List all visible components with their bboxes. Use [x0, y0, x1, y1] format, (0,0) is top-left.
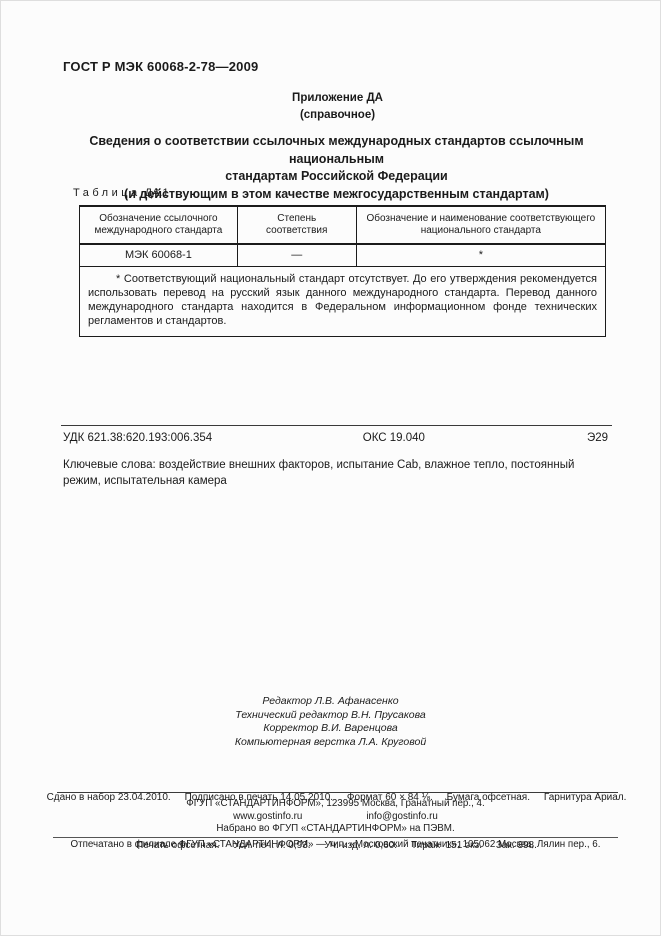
publisher-block: ФГУП «СТАНДАРТИНФОРМ», 123995 Москва, Гр…: [35, 798, 636, 851]
classification-codes: УДК 621.38:620.193:006.354 ОКС 19.040 Э2…: [63, 432, 608, 444]
table-row: МЭК 60068-1 — *: [80, 244, 606, 266]
publisher-typeset-note: Набрано во ФГУП «СТАНДАРТИНФОРМ» на ПЭВМ…: [35, 823, 636, 836]
correspondence-table: Обозначение ссылочного международного ст…: [79, 205, 606, 337]
table-caption-number: ДА.1: [145, 187, 169, 199]
table-header-international-standard: Обозначение ссылочного международного ст…: [80, 206, 238, 244]
udk-code: УДК 621.38:620.193:006.354: [63, 432, 363, 444]
cell-degree: —: [237, 244, 356, 266]
publisher-email: info@gostinfo.ru: [366, 811, 438, 824]
keywords-paragraph: Ключевые слова: воздействие внешних факт…: [63, 458, 608, 489]
horizontal-rule: [61, 425, 612, 426]
appendix-heading: Приложение ДА (справочное): [61, 90, 614, 124]
publisher-website: www.gostinfo.ru: [233, 811, 302, 824]
editorial-credits: Редактор Л.В. Афанасенко Технический ред…: [1, 695, 660, 749]
section-title-line: стандартам Российской Федерации: [53, 168, 620, 186]
publisher-contacts: www.gostinfo.ruinfo@gostinfo.ru: [35, 811, 636, 824]
appendix-title: Приложение ДА: [61, 90, 614, 107]
credit-proofreader: Корректор В.И. Варенцова: [1, 722, 660, 736]
table-footnote-text: * Соответствующий национальный стандарт …: [88, 272, 597, 328]
cell-national-standard: *: [356, 244, 605, 266]
table-header-row: Обозначение ссылочного международного ст…: [80, 206, 606, 244]
table-footnote-cell: * Соответствующий национальный стандарт …: [80, 266, 606, 336]
publisher-printed-note: Отпечатано в филиале ФГУП «СТАНДАРТИНФОР…: [35, 839, 636, 852]
credit-editor: Редактор Л.В. Афанасенко: [1, 695, 660, 709]
oks-code: ОКС 19.040: [363, 432, 587, 444]
credit-technical-editor: Технический редактор В.Н. Прусакова: [1, 709, 660, 723]
appendix-subtitle: (справочное): [61, 107, 614, 124]
publisher-address: ФГУП «СТАНДАРТИНФОРМ», 123995 Москва, Гр…: [35, 798, 636, 811]
table-header-national-standard: Обозначение и наименование соответствующ…: [356, 206, 605, 244]
horizontal-rule: [53, 837, 618, 838]
horizontal-rule: [57, 792, 618, 793]
section-title-line: Сведения о соответствии ссылочных междун…: [53, 133, 620, 168]
credit-layout: Компьютерная верстка Л.А. Круговой: [1, 736, 660, 750]
table-caption: ТаблицаДА.1: [73, 187, 169, 199]
document-page: ГОСТ Р МЭК 60068-2-78—2009 Приложение ДА…: [0, 0, 661, 936]
table-caption-word: Таблица: [73, 187, 141, 199]
standard-designation: ГОСТ Р МЭК 60068-2-78—2009: [63, 59, 258, 74]
cell-international-standard: МЭК 60068-1: [80, 244, 238, 266]
subject-group-code: Э29: [587, 432, 608, 444]
table-footnote-row: * Соответствующий национальный стандарт …: [80, 266, 606, 336]
table-header-degree: Степень соответствия: [237, 206, 356, 244]
